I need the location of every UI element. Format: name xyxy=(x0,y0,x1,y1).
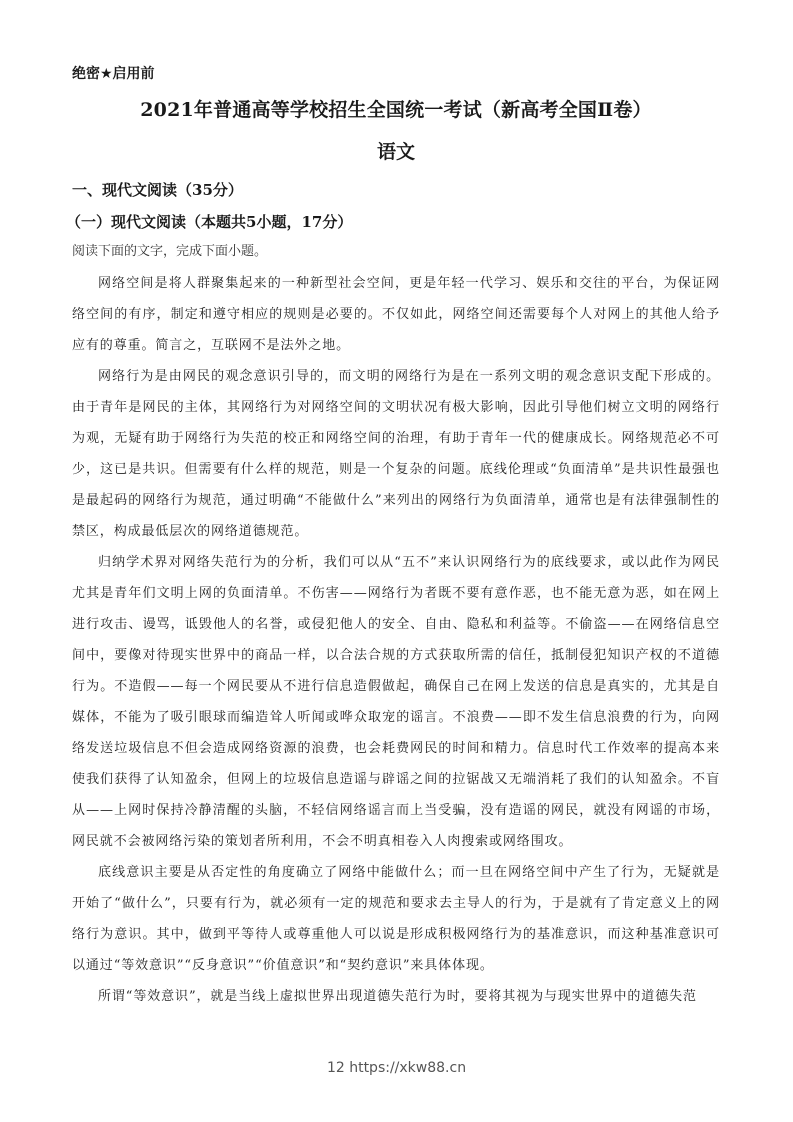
page-footer-link[interactable]: 12 https://xkw88.cn xyxy=(0,1060,793,1076)
exam-page: 绝密★启用前 2021年普通高等学校招生全国统一考试（新高考全国Ⅱ卷） 语文 一… xyxy=(72,64,720,1012)
section-heading: 一、现代文阅读（35分） xyxy=(72,178,720,202)
reading-instruction: 阅读下面的文字，完成下面小题。 xyxy=(72,240,720,264)
passage-paragraph-4: 底线意识主要是从否定性的角度确立了网络中能做什么；而一旦在网络空间中产生了行为，… xyxy=(72,857,720,981)
passage-paragraph-3: 归纳学术界对网络失范行为的分析，我们可以从“五不”来认识网络行为的底线要求，或以… xyxy=(72,547,720,857)
passage-paragraph-1: 网络空间是将人群聚集起来的一种新型社会空间，更是年轻一代学习、娱乐和交往的平台，… xyxy=(72,268,720,361)
subsection-heading: （一）现代文阅读（本题共5小题，17分） xyxy=(66,210,720,234)
passage-body: 网络空间是将人群聚集起来的一种新型社会空间，更是年轻一代学习、娱乐和交往的平台，… xyxy=(72,268,720,1012)
passage-paragraph-2: 网络行为是由网民的观念意识引导的，而文明的网络行为是在一系列文明的观念意识支配下… xyxy=(72,361,720,547)
subject-title: 语文 xyxy=(72,138,720,166)
exam-title: 2021年普通高等学校招生全国统一考试（新高考全国Ⅱ卷） xyxy=(72,96,720,124)
passage-paragraph-5: 所谓“等效意识”，就是当线上虚拟世界出现道德失范行为时，要将其视为与现实世界中的… xyxy=(72,981,720,1012)
confidential-label: 绝密★启用前 xyxy=(72,64,720,84)
